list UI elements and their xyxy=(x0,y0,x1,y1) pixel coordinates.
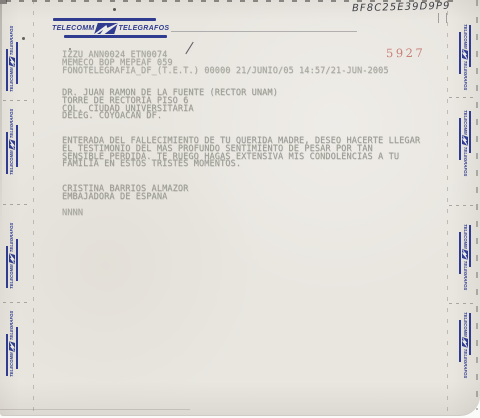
right-strip-separator xyxy=(447,0,448,418)
telegram-scan: TELECOMM TELEGRAFOS TELECOMM TELEGRAFOS … xyxy=(0,0,480,418)
swoosh-icon xyxy=(9,341,15,352)
brand-word-telegrafos: TELEGRAFOS xyxy=(9,109,14,139)
signature-line: EMBAJADORA DE ESPANA xyxy=(62,194,167,202)
swoosh-icon xyxy=(462,249,468,260)
logo-bar-bottom xyxy=(64,35,167,38)
strip-perforation xyxy=(449,97,477,98)
strip-perforation xyxy=(3,302,31,303)
stamp-number: 5927 xyxy=(386,46,425,60)
brand-word-telegrafos: TELEGRAFOS xyxy=(9,26,14,56)
ink-speck xyxy=(113,8,116,11)
strip-logo: TELECOMM TELEGRAFOS xyxy=(458,110,471,172)
left-strip-separator xyxy=(33,0,34,418)
routing-line: FONOTELEGRAFIA_DF_(T.E.T.) 00000 21/JUNI… xyxy=(62,68,389,76)
header-rule xyxy=(171,31,357,32)
bottom-edge-line xyxy=(0,409,190,410)
brand-word-telecomm: TELECOMM xyxy=(463,24,468,49)
brand-word-telecomm: TELECOMM xyxy=(463,224,468,249)
message-line: FAMILIA EN ESTOS TRISTES MOMENTOS. xyxy=(62,161,241,169)
swoosh-icon xyxy=(95,23,119,34)
swoosh-icon xyxy=(462,337,468,348)
brand-word-telegrafos: TELEGRAFOS xyxy=(9,223,14,253)
strip-perforation xyxy=(3,100,31,101)
brand-word-telecomm: TELECOMM xyxy=(9,264,14,289)
end-marker: NNNN xyxy=(62,210,83,218)
brand-word-telecomm: TELECOMM xyxy=(9,67,14,92)
brand-word-telecomm: TELECOMM xyxy=(9,150,14,175)
brand-word-telegrafos: TELEGRAFOS xyxy=(118,25,169,32)
strip-perforation xyxy=(3,204,31,205)
strip-logo: TELECOMM TELEGRAFOS xyxy=(6,315,19,377)
ink-speck xyxy=(22,37,25,40)
brand-word-telegrafos: TELEGRAFOS xyxy=(463,261,468,291)
brand-word-telecomm: TELECOMM xyxy=(463,312,468,337)
strip-perforation xyxy=(449,205,477,206)
swoosh-icon xyxy=(9,253,15,264)
telecomm-telegrafos-logo: TELECOMM TELEGRAFOS xyxy=(52,18,169,38)
brand-word-telecomm: TELECOMM xyxy=(463,110,468,135)
swoosh-icon xyxy=(462,135,468,146)
swoosh-icon xyxy=(462,49,468,60)
swoosh-icon xyxy=(9,56,15,67)
brand-word-telecomm: TELECOMM xyxy=(52,25,94,32)
brand-word-telegrafos: TELEGRAFOS xyxy=(463,349,468,379)
ink-speck xyxy=(69,48,71,50)
strip-perforation xyxy=(449,303,477,304)
brand-word-telecomm: TELECOMM xyxy=(9,352,14,377)
strip-logo: TELECOMM TELEGRAFOS xyxy=(458,312,471,374)
brand-word-telegrafos: TELEGRAFOS xyxy=(9,311,14,341)
strip-logo: TELECOMM TELEGRAFOS xyxy=(458,224,471,286)
recipient-line: DELEG. COYOACAN DF. xyxy=(62,113,162,121)
strip-logo: TELECOMM TELEGRAFOS xyxy=(6,113,19,175)
strip-logo: TELECOMM TELEGRAFOS xyxy=(6,30,19,92)
brand-word-telegrafos: TELEGRAFOS xyxy=(463,61,468,91)
brand-word-telegrafos: TELEGRAFOS xyxy=(463,147,468,177)
strip-logo: TELECOMM TELEGRAFOS xyxy=(458,24,471,86)
strip-logo: TELECOMM TELEGRAFOS xyxy=(6,227,19,289)
left-scan-edge xyxy=(0,4,2,234)
swoosh-icon xyxy=(9,139,15,150)
pen-mark xyxy=(438,13,447,23)
